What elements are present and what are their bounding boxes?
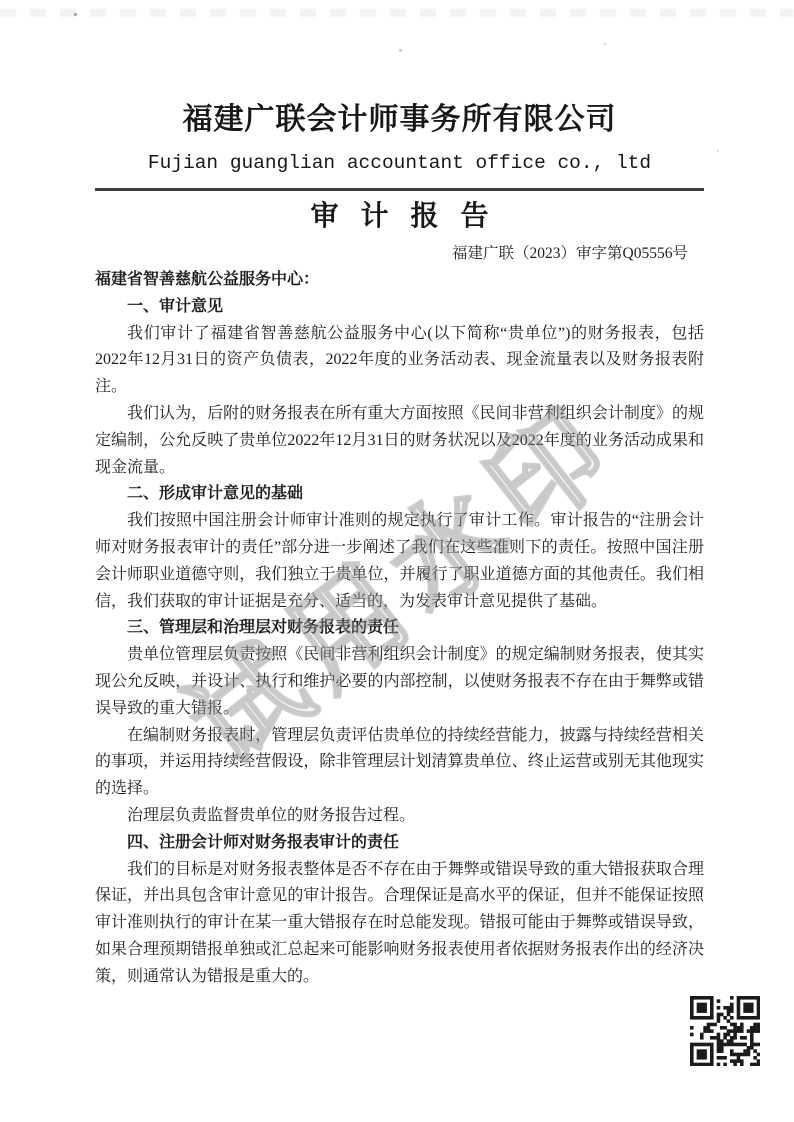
section-audit-opinion: 一、审计意见 我们审计了福建省智善慈航公益服务中心(以下简称“贵单位”)的财务报… bbox=[95, 294, 704, 482]
document-number: 福建广联（2023）审字第Q05556号 bbox=[95, 241, 704, 267]
section-basis-for-opinion: 二、形成审计意见的基础 我们按照中国注册会计师审计准则的规定执行了审计工作。审计… bbox=[95, 481, 704, 615]
section-auditor-responsibility: 四、注册会计师对财务报表审计的责任 我们的目标是对财务报表整体是否不存在由于舞弊… bbox=[95, 830, 704, 991]
paragraph: 在编制财务报表时，管理层负责评估贵单位的持续经营能力，披露与持续经营相关的事项，… bbox=[95, 723, 704, 803]
paragraph: 我们按照中国注册会计师审计准则的规定执行了审计工作。审计报告的“注册会计师对财务… bbox=[95, 508, 704, 615]
paragraph: 我们审计了福建省智善慈航公益服务中心(以下简称“贵单位”)的财务报表，包括202… bbox=[95, 321, 704, 401]
qr-code bbox=[690, 996, 760, 1066]
paragraph: 我们的目标是对财务报表整体是否不存在由于舞弊或错误导致的重大错报获取合理保证，并… bbox=[95, 857, 704, 991]
section-heading: 二、形成审计意见的基础 bbox=[95, 481, 704, 508]
report-header: 福建广联会计师事务所有限公司 Fujian guanglian accounta… bbox=[95, 100, 704, 267]
section-heading: 一、审计意见 bbox=[95, 294, 704, 321]
section-management-responsibility: 三、管理层和治理层对财务报表的责任 贵单位管理层负责按照《民间非营利组织会计制度… bbox=[95, 615, 704, 829]
company-name-cn: 福建广联会计师事务所有限公司 bbox=[95, 100, 704, 140]
report-title: 审计报告 bbox=[95, 197, 704, 237]
paragraph: 贵单位管理层负责按照《民间非营利组织会计制度》的规定编制财务报表，使其实现公允反… bbox=[95, 642, 704, 722]
scan-speck bbox=[74, 13, 77, 16]
addressee: 福建省智善慈航公益服务中心： bbox=[95, 267, 704, 294]
section-heading: 四、注册会计师对财务报表审计的责任 bbox=[95, 830, 704, 857]
paragraph: 我们认为，后附的财务报表在所有重大方面按照《民间非营利组织会计制度》的规定编制，… bbox=[95, 401, 704, 481]
company-name-en: Fujian guanglian accountant office co., … bbox=[95, 150, 704, 176]
audit-report-page: 试用水印 福建广联会计师事务所有限公司 Fujian guanglian acc… bbox=[0, 0, 794, 1122]
section-heading: 三、管理层和治理层对财务报表的责任 bbox=[95, 615, 704, 642]
paragraph: 治理层负责监督贵单位的财务报告过程。 bbox=[95, 803, 704, 830]
document-content: 福建广联会计师事务所有限公司 Fujian guanglian accounta… bbox=[95, 0, 704, 991]
report-body: 福建省智善慈航公益服务中心： 一、审计意见 我们审计了福建省智善慈航公益服务中心… bbox=[95, 267, 704, 991]
header-rule bbox=[95, 188, 704, 191]
scan-speck bbox=[717, 150, 719, 152]
